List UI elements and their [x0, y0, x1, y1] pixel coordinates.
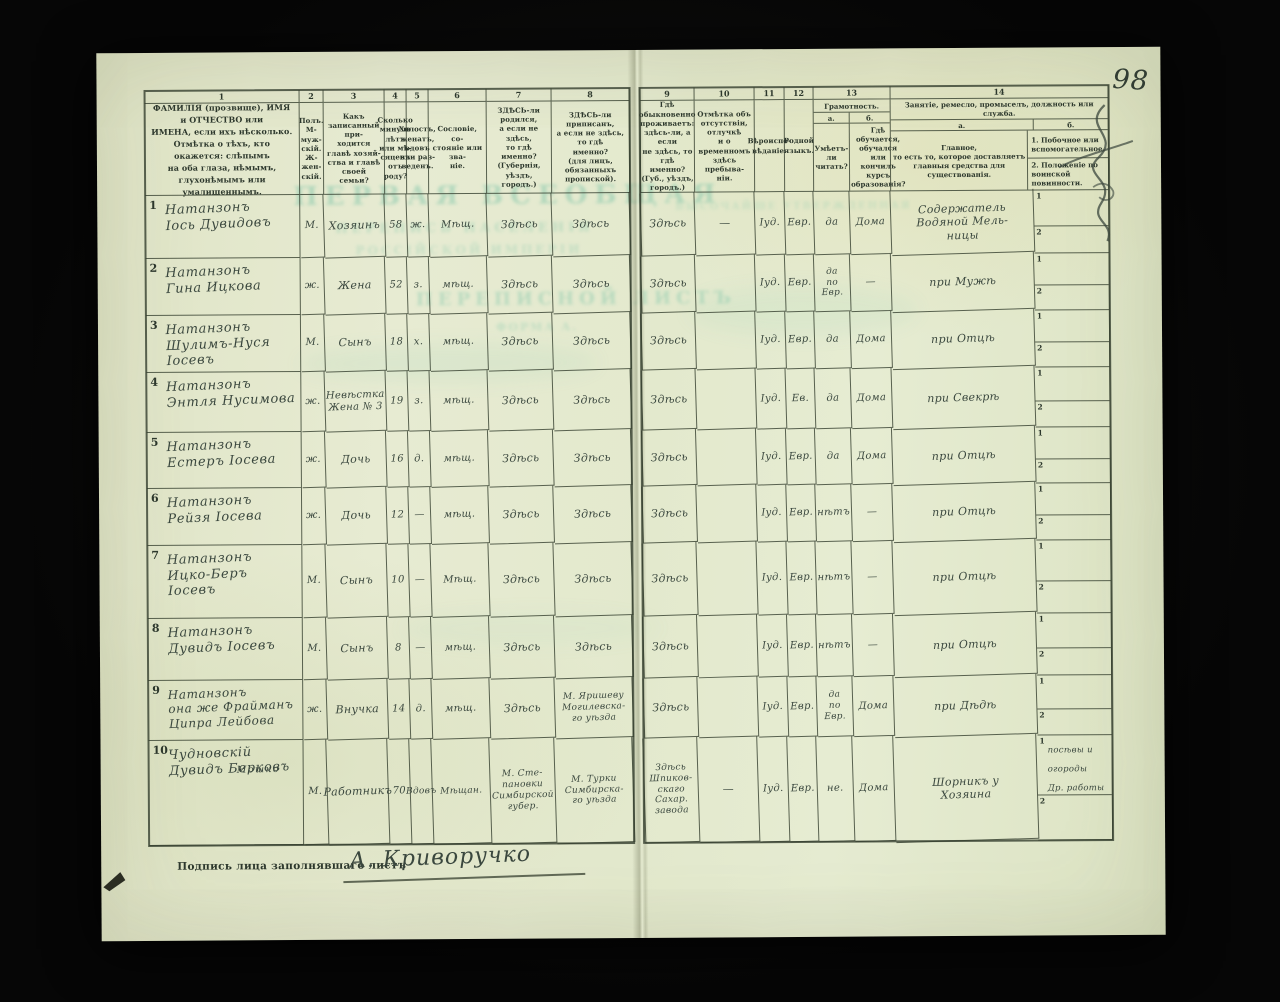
cell-absence	[697, 615, 759, 679]
col-number: 8	[552, 88, 630, 101]
cell-birthplace: Здѣсь	[488, 370, 555, 432]
cell-marital: д.	[409, 679, 433, 740]
cell-relation: Дочь	[325, 431, 388, 489]
page-fold-gap	[630, 88, 640, 101]
cell-occupation: Содержатель Водяной Мель- ницы	[890, 189, 1035, 256]
col-number: 13	[814, 86, 891, 99]
header-registration: ЗДѢСЬ-ли приписанъ, а если не здѣсь, то …	[552, 101, 631, 193]
cell-registration: Здѣсь	[553, 369, 633, 431]
cell-residence: Здѣсь	[641, 429, 698, 487]
cell-estate: мѣщ.	[431, 678, 491, 740]
cell-occupation: при Отцѣ	[893, 612, 1038, 678]
header-residence: Гдѣ обыкновенно проживаетъ: здѣсь-ли, а …	[640, 101, 696, 193]
cell-religion: Іуд.	[757, 737, 790, 843]
census-sheet: ПЕРВАЯ ВСЕОБЩАЯ ПЕРЕПИСЬ НАСЕЛЕНІЯ РОССІ…	[96, 47, 1165, 941]
cell-residence: Здѣсь	[642, 677, 699, 739]
col-number: 12	[785, 87, 814, 100]
cell-name: 5Натанзонъ Естеръ Іосева	[147, 432, 302, 489]
cell-registration: М. Яришеву Могилевска- го уѣзда	[554, 677, 634, 739]
cell-name: 2Натанзонъ Гина Ицкова	[146, 258, 301, 316]
cell-absence	[696, 369, 758, 431]
cell-estate: мѣщ.	[429, 256, 489, 315]
cell-name: 1Натанзонъ Іось Дувидовъ	[145, 195, 300, 259]
cell-age: 18	[385, 314, 409, 372]
cell-sex: ж.	[300, 258, 326, 316]
cell-occupation: Шорникъ у Хозяина	[893, 734, 1039, 843]
cell-residence: Здѣсь	[639, 192, 696, 257]
cell-registration: Здѣсь	[553, 429, 633, 487]
col-number: 4	[385, 89, 407, 102]
cell-age: 14	[387, 679, 411, 740]
cell-religion: Іуд.	[757, 615, 789, 678]
cell-marital: Вдовъ	[409, 739, 434, 845]
cell-side-occupation: 1 2	[1035, 253, 1110, 310]
header-literacy-a: Умѣетъ- ли читать?	[814, 124, 850, 191]
cell-residence: Здѣсь	[641, 542, 698, 617]
cell-birthplace: Здѣсь	[487, 313, 554, 372]
cell-age: 19	[386, 371, 410, 432]
cell-occupation: при Свекрѣ	[892, 366, 1037, 430]
cell-occupation: при Дѣдѣ	[893, 674, 1038, 738]
col-number: 9	[640, 88, 695, 101]
cell-absence	[696, 542, 758, 617]
cell-occupation: при Отцѣ	[892, 482, 1037, 543]
header-literacy-b-label: б.	[850, 112, 890, 122]
cell-registration: Здѣсь	[552, 312, 632, 371]
cell-religion: Іуд.	[756, 485, 788, 543]
cell-religion: Іуд.	[756, 429, 788, 486]
header-occupation-main: Главное, то есть то, которое доставляетъ…	[891, 131, 1029, 191]
cell-side-occupation: 1 2	[1035, 310, 1110, 367]
cell-relation: Невѣстка Жена № 3	[325, 371, 388, 433]
cell-estate: Мѣщ.	[428, 193, 488, 258]
cell-sex: М.	[299, 195, 325, 259]
col-number: 3	[324, 89, 385, 102]
cell-education: —	[850, 254, 893, 312]
cell-language: Евр.	[787, 737, 819, 843]
cell-absence: —	[694, 192, 756, 257]
inserted-name: Мошко	[237, 764, 281, 776]
cell-absence	[696, 429, 758, 487]
cell-literacy: нѣтъ	[816, 614, 854, 677]
cell-literacy: да	[814, 311, 852, 369]
header-occupation-b-label: б.	[1034, 119, 1108, 129]
cell-estate: мѣщ.	[429, 313, 489, 372]
cell-birthplace: Здѣсь	[488, 486, 555, 545]
header-literacy-title: Грамотность.	[814, 99, 890, 112]
header-estate: Сословіе, со- стояніе или зва- ніе.	[429, 102, 488, 194]
cell-relation: Сынъ	[326, 617, 389, 681]
cell-age: 52	[385, 257, 409, 315]
cell-name: 4Натанзонъ Энтля Нусимова	[146, 372, 301, 433]
cell-sex: ж.	[301, 372, 327, 433]
cell-language: Евр.	[785, 255, 816, 313]
cell-sex: ж.	[301, 488, 327, 546]
cell-estate: мѣщ.	[431, 616, 491, 680]
header-occupation-title: Занятіе, ремесло, промыселъ, должность и…	[891, 98, 1108, 120]
row-number: 8	[152, 622, 160, 635]
cell-absence: —	[697, 737, 760, 844]
cell-registration: Здѣсь	[553, 485, 633, 544]
header-religion: Вѣроиспо- вѣданіе.	[755, 100, 786, 192]
cell-literacy: да	[815, 428, 853, 485]
cell-language: Евр.	[786, 542, 817, 616]
cell-residence: Здѣсь	[641, 369, 698, 431]
cell-name: 9Натанзонъ она же Фрайманъ Ципра Лейбова	[148, 680, 303, 741]
cell-relation: Сынъ	[325, 544, 388, 619]
row-number: 3	[150, 319, 158, 332]
cell-side-occupation: 1 2	[1034, 190, 1109, 253]
cell-absence	[697, 677, 759, 739]
cell-sex: М.	[301, 545, 327, 619]
signature: А. Криворучко	[349, 842, 532, 875]
col-number: 2	[300, 90, 324, 103]
cell-education: Дома	[852, 676, 895, 737]
cell-registration: Здѣсь	[554, 615, 634, 679]
cell-marital: —	[408, 544, 432, 618]
cell-literacy: да по Евр.	[814, 254, 852, 312]
cell-birthplace: Здѣсь	[487, 256, 554, 315]
header-relation: Какъ записанный при- ходится главѣ хозяй…	[324, 102, 386, 194]
cell-sex: ж.	[301, 432, 327, 489]
cell-side-occupation: 1 2	[1037, 675, 1112, 735]
cell-education: Дома	[849, 191, 892, 255]
row-number: 7	[151, 549, 159, 562]
header-literacy-group: Грамотность. а. б. Умѣетъ- ли читать? Гд…	[814, 99, 892, 191]
cell-language: Евр.	[784, 192, 815, 256]
cell-relation: Жена	[324, 257, 387, 316]
cell-sex: ж.	[302, 680, 328, 741]
cell-birthplace: М. Сте- пановки Симбирской губер.	[489, 738, 557, 845]
row-number: 9	[152, 684, 160, 697]
cell-relation: Сынъ	[324, 314, 387, 373]
row-number: 2	[150, 262, 158, 275]
cell-language: Евр.	[787, 615, 818, 678]
cell-literacy: да по Евр.	[816, 676, 854, 737]
cell-birthplace: Здѣсь	[489, 616, 556, 680]
cell-religion: Іуд.	[754, 192, 786, 256]
cell-marital: —	[408, 487, 432, 545]
cell-estate: Мѣщан.	[431, 738, 492, 845]
cell-relation: Работникъ	[326, 739, 390, 846]
cell-sex: М.	[300, 315, 326, 373]
col-number: 5	[407, 89, 429, 102]
cell-education: Дома	[852, 736, 896, 842]
cell-residence: Здѣсь	[640, 255, 697, 314]
cell-education: —	[852, 614, 895, 677]
cell-religion: Іуд.	[755, 255, 787, 313]
cell-registration: Здѣсь	[552, 255, 632, 314]
cell-relation: Дочь	[325, 487, 388, 546]
cell-name: 8Натанзонъ Дувидъ Іосевъ	[148, 618, 303, 681]
cell-age: 12	[386, 487, 410, 545]
cell-absence	[696, 485, 758, 544]
cell-education: Дома	[851, 368, 894, 429]
cell-name: 10 Чудновскій Дувидъ Берковъ Мошко	[148, 740, 304, 846]
cell-literacy: нѣтъ	[815, 541, 853, 615]
cell-literacy: да	[815, 368, 853, 429]
cell-side-occupation: 1 2	[1036, 427, 1111, 483]
cell-age: 8	[387, 617, 411, 680]
row-number: 1	[149, 199, 157, 212]
page-number: 98	[1112, 64, 1150, 97]
cell-religion: Іуд.	[757, 677, 789, 738]
cell-language: Евр.	[786, 429, 817, 486]
cell-religion: Іуд.	[756, 542, 788, 616]
header-marital: Холостъ, женатъ, вдовъ или раз- веденъ.	[407, 102, 430, 194]
cell-estate: Мѣщ.	[430, 543, 490, 618]
ink-blot	[102, 871, 128, 895]
header-sex: Полъ. М-муж- скій. Ж-жен- скій.	[300, 103, 325, 195]
cell-education: Дома	[850, 311, 893, 369]
col-number: 10	[695, 87, 755, 100]
cell-residence: Здѣсь Шпиков- скаго Сахар. завода	[642, 737, 700, 844]
cell-occupation: при Отцѣ	[892, 539, 1037, 616]
header-birthplace: ЗДѢСЬ-ли родился, а если не здѣсь, то гд…	[487, 101, 553, 193]
header-language: Родной языкъ.	[785, 100, 815, 192]
cell-religion: Іуд.	[756, 369, 788, 430]
cell-birthplace: Здѣсь	[488, 543, 555, 618]
cell-marital: —	[409, 617, 433, 680]
cell-age: 58	[384, 194, 408, 258]
cell-education: —	[851, 541, 894, 615]
photo-background: { "page": { "number": "98" }, "labels": …	[0, 0, 1280, 1002]
cell-name: 3Натанзонъ Шулимъ-Нуся Іосевъ	[146, 315, 301, 373]
cell-registration: Здѣсь	[551, 192, 631, 257]
cell-relation: Внучка	[326, 679, 389, 741]
cell-name: 7Натанзонъ Ицко-Беръ Іосевъ	[147, 545, 302, 619]
cell-occupation: при Отцѣ	[891, 309, 1036, 370]
cell-absence	[695, 312, 757, 371]
signature-underline	[343, 873, 585, 883]
row-number: 10	[153, 744, 168, 757]
row-number: 4	[150, 376, 158, 389]
cell-estate: мѣщ.	[430, 486, 490, 545]
cell-registration: Здѣсь	[553, 542, 633, 617]
cell-literacy: не.	[816, 736, 855, 842]
cell-language: Евр.	[787, 677, 818, 738]
cell-birthplace: Здѣсь	[489, 678, 556, 740]
cell-language: Ев.	[786, 369, 817, 430]
cell-side-occupation: 1посѣвы и огороды Др. работы 2	[1037, 735, 1113, 840]
col-number: 7	[487, 88, 552, 101]
cell-residence: Здѣсь	[642, 615, 699, 679]
census-table: 1 2 3 4 5 6 7 8 9 10 11 12 13 14 ФАМИЛІЯ…	[145, 85, 1114, 846]
cell-side-occupation: 1 2	[1037, 613, 1112, 675]
cell-language: Евр.	[786, 485, 817, 543]
header-surname: ФАМИЛІЯ (прозвище), ИМЯ и ОТЧЕСТВО или И…	[145, 103, 301, 196]
header-absence: Отмѣтка объ отсутствіи, отлучкѣ и о врем…	[695, 100, 756, 192]
cell-residence: Здѣсь	[641, 485, 698, 544]
cell-religion: Іуд.	[755, 312, 787, 370]
cell-education: Дома	[851, 428, 894, 485]
header-occupation-side: 1. Побочное или вспомогательное.	[1028, 130, 1108, 158]
row-number: 5	[151, 436, 159, 449]
cell-absence	[695, 255, 757, 314]
cell-birthplace: Здѣсь	[488, 430, 555, 488]
col-number: 14	[891, 85, 1109, 99]
cell-residence: Здѣсь	[640, 312, 697, 371]
cell-marital: ж.	[406, 194, 430, 258]
cell-relation: Хозяинъ	[323, 194, 386, 259]
cell-occupation: при Отцѣ	[892, 426, 1037, 486]
cell-estate: мѣщ.	[430, 370, 490, 432]
cell-language: Евр.	[785, 312, 816, 370]
cell-name: 6Натанзонъ Рейзя Іосева	[147, 488, 302, 546]
cell-marital: д.	[408, 431, 432, 488]
cell-marital: з.	[407, 257, 431, 315]
cell-side-occupation: 1 2	[1036, 540, 1111, 613]
col-number: 6	[429, 89, 487, 102]
cell-birthplace: Здѣсь	[486, 193, 553, 258]
cell-education: —	[851, 484, 894, 542]
header-occupation-military: 2. Положеніе по воинской повинности.	[1028, 158, 1108, 189]
cell-age: 16	[386, 431, 410, 488]
col-number: 11	[755, 87, 785, 100]
cell-age: 10	[386, 544, 410, 618]
cell-side-occupation: 1 2	[1036, 483, 1111, 540]
row-number: 6	[151, 492, 159, 505]
cell-registration: М. Турки Симбирска- го уѣзда	[554, 737, 635, 844]
cell-marital: х.	[407, 314, 431, 372]
cell-marital: з.	[408, 371, 432, 432]
header-literacy-a-label: а.	[814, 113, 850, 123]
cell-side-occupation: 1 2	[1035, 367, 1110, 427]
cell-literacy: да	[813, 191, 851, 255]
header-occupation-group: Занятіе, ремесло, промыселъ, должность и…	[891, 98, 1110, 191]
header-occupation-a-label: а.	[891, 120, 1034, 131]
cell-literacy: нѣтъ	[815, 484, 853, 542]
cell-occupation: при Мужѣ	[891, 252, 1036, 313]
cell-estate: мѣщ.	[430, 430, 490, 488]
cell-sex: М.	[302, 618, 328, 681]
